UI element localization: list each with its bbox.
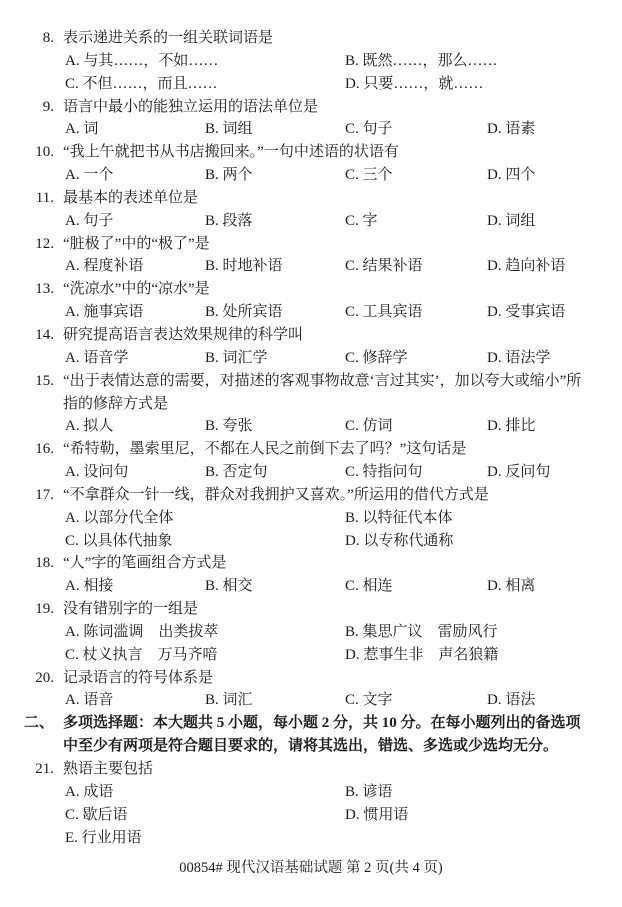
q19-option-a: A. 陈词滥调 出类拔萃 xyxy=(65,621,345,644)
q19-option-c: C. 杖义执言 万马齐喑 xyxy=(65,644,345,667)
q12-option-c: C. 结果补语 xyxy=(345,255,487,278)
q10-option-b: B. 两个 xyxy=(205,164,345,187)
question-15: 15. “出于表情达意的需要，对描述的客观事物故意‘言过其实’，加以夸大或缩小”… xyxy=(0,370,622,439)
q14-option-c: C. 修辞学 xyxy=(345,347,487,370)
question-17: 17. “不拿群众一针一线，群众对我拥护又喜欢。”所运用的借代方式是 A. 以部… xyxy=(0,484,622,553)
q18-option-c: C. 相连 xyxy=(345,575,487,598)
q15-option-c: C. 仿词 xyxy=(345,415,487,438)
q14-number: 14. xyxy=(0,324,54,347)
q11-option-a: A. 句子 xyxy=(65,210,205,233)
section-two-header: 二、 多项选择题：本大题共 5 小题，每小题 2 分，共 10 分。在每小题列出… xyxy=(0,712,622,758)
q10-number: 10. xyxy=(0,141,54,164)
question-13: 13. “洗凉水”中的“凉水”是 A. 施事宾语 B. 处所宾语 C. 工具宾语… xyxy=(0,278,622,324)
q19-option-b: B. 集思广议 雷励风行 xyxy=(345,621,622,644)
q12-option-d: D. 趋向补语 xyxy=(487,255,622,278)
section-two-text: 多项选择题：本大题共 5 小题，每小题 2 分，共 10 分。在每小题列出的备选… xyxy=(63,712,588,758)
q19-stem: 没有错别字的一组是 xyxy=(63,598,588,621)
q8-stem: 表示递进关系的一组关联词语是 xyxy=(63,27,588,50)
q8-option-c: C. 不但……，而且…… xyxy=(65,73,345,96)
q10-option-d: D. 四个 xyxy=(487,164,622,187)
q15-option-a: A. 拟人 xyxy=(65,415,205,438)
question-14: 14. 研究提高语言表达效果规律的科学叫 A. 语音学 B. 词汇学 C. 修辞… xyxy=(0,324,622,370)
q9-option-c: C. 句子 xyxy=(345,118,487,141)
q16-stem: “希特勒，墨索里尼，不都在人民之前倒下去了吗？”这句话是 xyxy=(63,438,588,461)
q20-stem: 记录语言的符号体系是 xyxy=(63,667,588,690)
q9-option-b: B. 词组 xyxy=(205,118,345,141)
q17-stem: “不拿群众一针一线，群众对我拥护又喜欢。”所运用的借代方式是 xyxy=(63,484,588,507)
q16-number: 16. xyxy=(0,438,54,461)
q21-option-e: E. 行业用语 xyxy=(65,827,622,850)
q16-option-a: A. 设问句 xyxy=(65,461,205,484)
q13-number: 13. xyxy=(0,278,54,301)
question-9: 9. 语言中最小的能独立运用的语法单位是 A. 词 B. 词组 C. 句子 D.… xyxy=(0,96,622,142)
q20-option-a: A. 语音 xyxy=(65,689,205,712)
q14-option-b: B. 词汇学 xyxy=(205,347,345,370)
q11-number: 11. xyxy=(0,187,54,210)
q21-number: 21. xyxy=(0,758,54,781)
question-10: 10. “我上午就把书从书店搬回来。”一句中述语的状语有 A. 一个 B. 两个… xyxy=(0,141,622,187)
q14-option-d: D. 语法学 xyxy=(487,347,622,370)
q10-stem: “我上午就把书从书店搬回来。”一句中述语的状语有 xyxy=(63,141,588,164)
q16-option-d: D. 反问句 xyxy=(487,461,622,484)
section-two-number: 二、 xyxy=(0,712,54,735)
q21-option-a: A. 成语 xyxy=(65,781,345,804)
q12-number: 12. xyxy=(0,233,54,256)
q8-option-b: B. 既然……，那么…… xyxy=(345,50,622,73)
q20-number: 20. xyxy=(0,667,54,690)
q17-option-d: D. 以专称代通称 xyxy=(345,530,622,553)
q21-option-b: B. 谚语 xyxy=(345,781,622,804)
q11-option-c: C. 字 xyxy=(345,210,487,233)
q20-option-b: B. 词汇 xyxy=(205,689,345,712)
q8-option-d: D. 只要……，就…… xyxy=(345,73,622,96)
q18-number: 18. xyxy=(0,552,54,575)
question-16: 16. “希特勒，墨索里尼，不都在人民之前倒下去了吗？”这句话是 A. 设问句 … xyxy=(0,438,622,484)
q11-option-d: D. 词组 xyxy=(487,210,622,233)
q13-option-d: D. 受事宾语 xyxy=(487,301,622,324)
question-19: 19. 没有错别字的一组是 A. 陈词滥调 出类拔萃 B. 集思广议 雷励风行 … xyxy=(0,598,622,667)
q9-number: 9. xyxy=(0,96,54,119)
q17-number: 17. xyxy=(0,484,54,507)
q18-stem: “人”字的笔画组合方式是 xyxy=(63,552,588,575)
q21-stem: 熟语主要包括 xyxy=(63,758,588,781)
q11-stem: 最基本的表述单位是 xyxy=(63,187,588,210)
q15-number: 15. xyxy=(0,370,54,393)
exam-content: 8. 表示递进关系的一组关联词语是 A. 与其……，不如…… B. 既然……，那… xyxy=(0,0,622,880)
question-11: 11. 最基本的表述单位是 A. 句子 B. 段落 C. 字 D. 词组 xyxy=(0,187,622,233)
question-20: 20. 记录语言的符号体系是 A. 语音 B. 词汇 C. 文字 D. 语法 xyxy=(0,667,622,713)
q13-stem: “洗凉水”中的“凉水”是 xyxy=(63,278,588,301)
q18-option-a: A. 相接 xyxy=(65,575,205,598)
q20-option-d: D. 语法 xyxy=(487,689,622,712)
q14-stem: 研究提高语言表达效果规律的科学叫 xyxy=(63,324,588,347)
q10-option-c: C. 三个 xyxy=(345,164,487,187)
q19-option-d: D. 惹事生非 声名狼籍 xyxy=(345,644,622,667)
q21-option-c: C. 歇后语 xyxy=(65,804,345,827)
q8-number: 8. xyxy=(0,27,54,50)
q13-option-b: B. 处所宾语 xyxy=(205,301,345,324)
question-21: 21. 熟语主要包括 A. 成语 B. 谚语 C. 歇后语 D. 惯用语 E. … xyxy=(0,758,622,849)
q12-option-a: A. 程度补语 xyxy=(65,255,205,278)
q21-option-d: D. 惯用语 xyxy=(345,804,622,827)
q17-option-a: A. 以部分代全体 xyxy=(65,507,345,530)
q15-stem: “出于表情达意的需要，对描述的客观事物故意‘言过其实’，加以夸大或缩小”所指的修… xyxy=(63,370,588,416)
question-12: 12. “脏极了”中的“极了”是 A. 程度补语 B. 时地补语 C. 结果补语… xyxy=(0,233,622,279)
page-footer: 00854# 现代汉语基础试题 第 2 页(共 4 页) xyxy=(0,857,622,880)
q17-option-b: B. 以特征代本体 xyxy=(345,507,622,530)
q13-option-a: A. 施事宾语 xyxy=(65,301,205,324)
q12-stem: “脏极了”中的“极了”是 xyxy=(63,233,588,256)
exam-page: 8. 表示递进关系的一组关联词语是 A. 与其……，不如…… B. 既然……，那… xyxy=(0,0,622,907)
question-18: 18. “人”字的笔画组合方式是 A. 相接 B. 相交 C. 相连 D. 相离 xyxy=(0,552,622,598)
q19-number: 19. xyxy=(0,598,54,621)
q17-option-c: C. 以具体代抽象 xyxy=(65,530,345,553)
q12-option-b: B. 时地补语 xyxy=(205,255,345,278)
question-8: 8. 表示递进关系的一组关联词语是 A. 与其……，不如…… B. 既然……，那… xyxy=(0,27,622,96)
q9-option-d: D. 语素 xyxy=(487,118,622,141)
q20-option-c: C. 文字 xyxy=(345,689,487,712)
q15-option-d: D. 排比 xyxy=(487,415,622,438)
q11-option-b: B. 段落 xyxy=(205,210,345,233)
q10-option-a: A. 一个 xyxy=(65,164,205,187)
q16-option-b: B. 否定句 xyxy=(205,461,345,484)
q15-option-b: B. 夸张 xyxy=(205,415,345,438)
q18-option-d: D. 相离 xyxy=(487,575,622,598)
q9-stem: 语言中最小的能独立运用的语法单位是 xyxy=(63,96,588,119)
q8-option-a: A. 与其……，不如…… xyxy=(65,50,345,73)
q18-option-b: B. 相交 xyxy=(205,575,345,598)
q16-option-c: C. 特指问句 xyxy=(345,461,487,484)
q13-option-c: C. 工具宾语 xyxy=(345,301,487,324)
q9-option-a: A. 词 xyxy=(65,118,205,141)
q14-option-a: A. 语音学 xyxy=(65,347,205,370)
